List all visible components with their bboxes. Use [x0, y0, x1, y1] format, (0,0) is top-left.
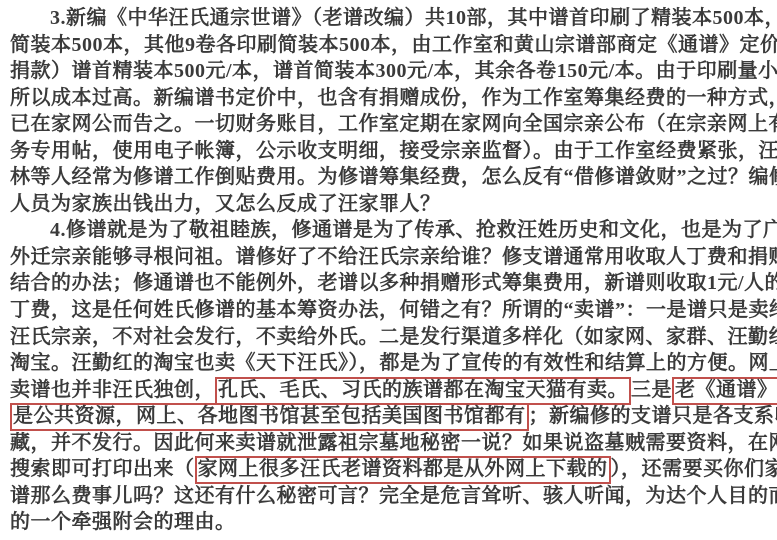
text-segment: 已在家网公而告之。一切财务账目，工作室定期在家网向全国宗亲公布（在宗亲网上有财: [10, 113, 777, 135]
text-segment: 三是: [631, 379, 672, 401]
text-segment: 的一个牵强附会的理由。: [10, 511, 236, 533]
highlight-box: 是公共资源，网上、各地图书馆甚至包括美国图书馆都有: [10, 403, 529, 431]
document-page: 3.新编《中华汪氏通宗世谱》（老谱改编）共10部，其中谱首印刷了精装本500本，…: [0, 0, 777, 540]
text-segment: 藏，并不发行。因此何来卖谱就泄露祖宗墓地秘密一说？如果说盗墓贼需要资料，在网上: [10, 432, 777, 454]
text-line: 外迁宗亲能够寻根问祖。谱修好了不给汪氏宗亲给谁？修支谱通常用收取人丁费和捐赠相: [10, 244, 765, 271]
text-segment: 丁费，这是任何姓氏修谱的基本筹资办法，何错之有？所谓的“卖谱”：一是谱只是卖给: [10, 299, 777, 321]
text-line: 所以成本过高。新编谱书定价中，也含有捐赠成份，作为工作室筹集经费的一种方式，这: [10, 85, 765, 112]
text-line: 人员为家族出钱出力，又怎么反成了汪家罪人？: [10, 191, 765, 218]
text-line: 卖谱也并非汪氏独创，孔氏、毛氏、习氏的族谱都在淘宝天猫有卖。三是老《通谱》已经: [10, 377, 765, 404]
text-segment: 外迁宗亲能够寻根问祖。谱修好了不给汪氏宗亲给谁？修支谱通常用收取人丁费和捐赠相: [10, 246, 777, 268]
text-segment: 林等人经常为修谱工作倒贴费用。为修谱筹集经费，怎么反有“借修谱敛财”之过？编修: [10, 166, 777, 188]
text-segment: 4.修谱就是为了敬祖睦族，修通谱是为了传承、抢救汪姓历史和文化，也是为了广大: [50, 219, 777, 241]
text-body: 3.新编《中华汪氏通宗世谱》（老谱改编）共10部，其中谱首印刷了精装本500本，…: [10, 5, 765, 536]
text-segment: 简装本500本，其他9卷各印刷简装本500本，由工作室和黄山宗谱部商定《通谱》定…: [10, 34, 777, 56]
text-segment: 所以成本过高。新编谱书定价中，也含有捐赠成份，作为工作室筹集经费的一种方式，这: [10, 87, 777, 109]
text-segment: 结合的办法；修通谱也不能例外，老谱以多种捐赠形式筹集费用，新谱则收取1元/人的红: [10, 272, 777, 294]
text-segment: ；新编修的支谱只是各支系收: [529, 405, 777, 427]
text-segment: ），还需要买你们家的: [611, 458, 777, 480]
text-segment: 务专用帖，使用电子帐簿，公示收支明细，接受宗亲监督）。由于工作室经费紧张，汪封: [10, 140, 777, 162]
text-segment: 汪氏宗亲，不对社会发行，不卖给外氏。二是发行渠道多样化（如家网、家群、汪勤红的: [10, 326, 777, 348]
text-line: 的一个牵强附会的理由。: [10, 509, 765, 536]
text-line: 4.修谱就是为了敬祖睦族，修通谱是为了传承、抢救汪姓历史和文化，也是为了广大: [10, 217, 765, 244]
text-line: 已在家网公而告之。一切财务账目，工作室定期在家网向全国宗亲公布（在宗亲网上有财: [10, 111, 765, 138]
text-segment: 3.新编《中华汪氏通宗世谱》（老谱改编）共10部，其中谱首印刷了精装本500本，: [50, 7, 777, 29]
text-line: 是公共资源，网上、各地图书馆甚至包括美国图书馆都有；新编修的支谱只是各支系收: [10, 403, 765, 430]
text-segment: 谱那么费事儿吗？这还有什么秘密可言？完全是危言耸听、骇人听闻，为达个人目的而找: [10, 485, 777, 507]
highlight-box: 家网上很多汪氏老谱资料都是从外网上下载的: [195, 456, 611, 484]
text-segment: 卖谱也并非汪氏独创，: [10, 379, 215, 401]
text-line: 汪氏宗亲，不对社会发行，不卖给外氏。二是发行渠道多样化（如家网、家群、汪勤红的: [10, 324, 765, 351]
text-line: 结合的办法；修通谱也不能例外，老谱以多种捐赠形式筹集费用，新谱则收取1元/人的红: [10, 270, 765, 297]
text-line: 捐款）谱首精装本500元/本，谱首简装本300元/本，其余各卷150元/本。由于…: [10, 58, 765, 85]
text-segment: 淘宝。汪勤红的淘宝也卖《天下汪氏》），都是为了宣传的有效性和结算上的方便。网上: [10, 352, 777, 374]
text-segment: 搜索即可打印出来（: [10, 458, 195, 480]
text-line: 谱那么费事儿吗？这还有什么秘密可言？完全是危言耸听、骇人听闻，为达个人目的而找: [10, 483, 765, 510]
text-segment: 人员为家族出钱出力，又怎么反成了汪家罪人？: [10, 193, 441, 215]
highlight-box: 孔氏、毛氏、习氏的族谱都在淘宝天猫有卖。: [215, 377, 631, 405]
text-line: 搜索即可打印出来（家网上很多汪氏老谱资料都是从外网上下载的），还需要买你们家的: [10, 456, 765, 483]
text-line: 简装本500本，其他9卷各印刷简装本500本，由工作室和黄山宗谱部商定《通谱》定…: [10, 32, 765, 59]
text-line: 藏，并不发行。因此何来卖谱就泄露祖宗墓地秘密一说？如果说盗墓贼需要资料，在网上: [10, 430, 765, 457]
highlight-box: 老《通谱》已经: [672, 377, 777, 405]
text-line: 3.新编《中华汪氏通宗世谱》（老谱改编）共10部，其中谱首印刷了精装本500本，: [10, 5, 765, 32]
text-line: 丁费，这是任何姓氏修谱的基本筹资办法，何错之有？所谓的“卖谱”：一是谱只是卖给: [10, 297, 765, 324]
text-segment: 捐款）谱首精装本500元/本，谱首简装本300元/本，其余各卷150元/本。由于…: [10, 60, 777, 82]
text-line: 务专用帖，使用电子帐簿，公示收支明细，接受宗亲监督）。由于工作室经费紧张，汪封: [10, 138, 765, 165]
text-line: 林等人经常为修谱工作倒贴费用。为修谱筹集经费，怎么反有“借修谱敛财”之过？编修: [10, 164, 765, 191]
text-line: 淘宝。汪勤红的淘宝也卖《天下汪氏》），都是为了宣传的有效性和结算上的方便。网上: [10, 350, 765, 377]
